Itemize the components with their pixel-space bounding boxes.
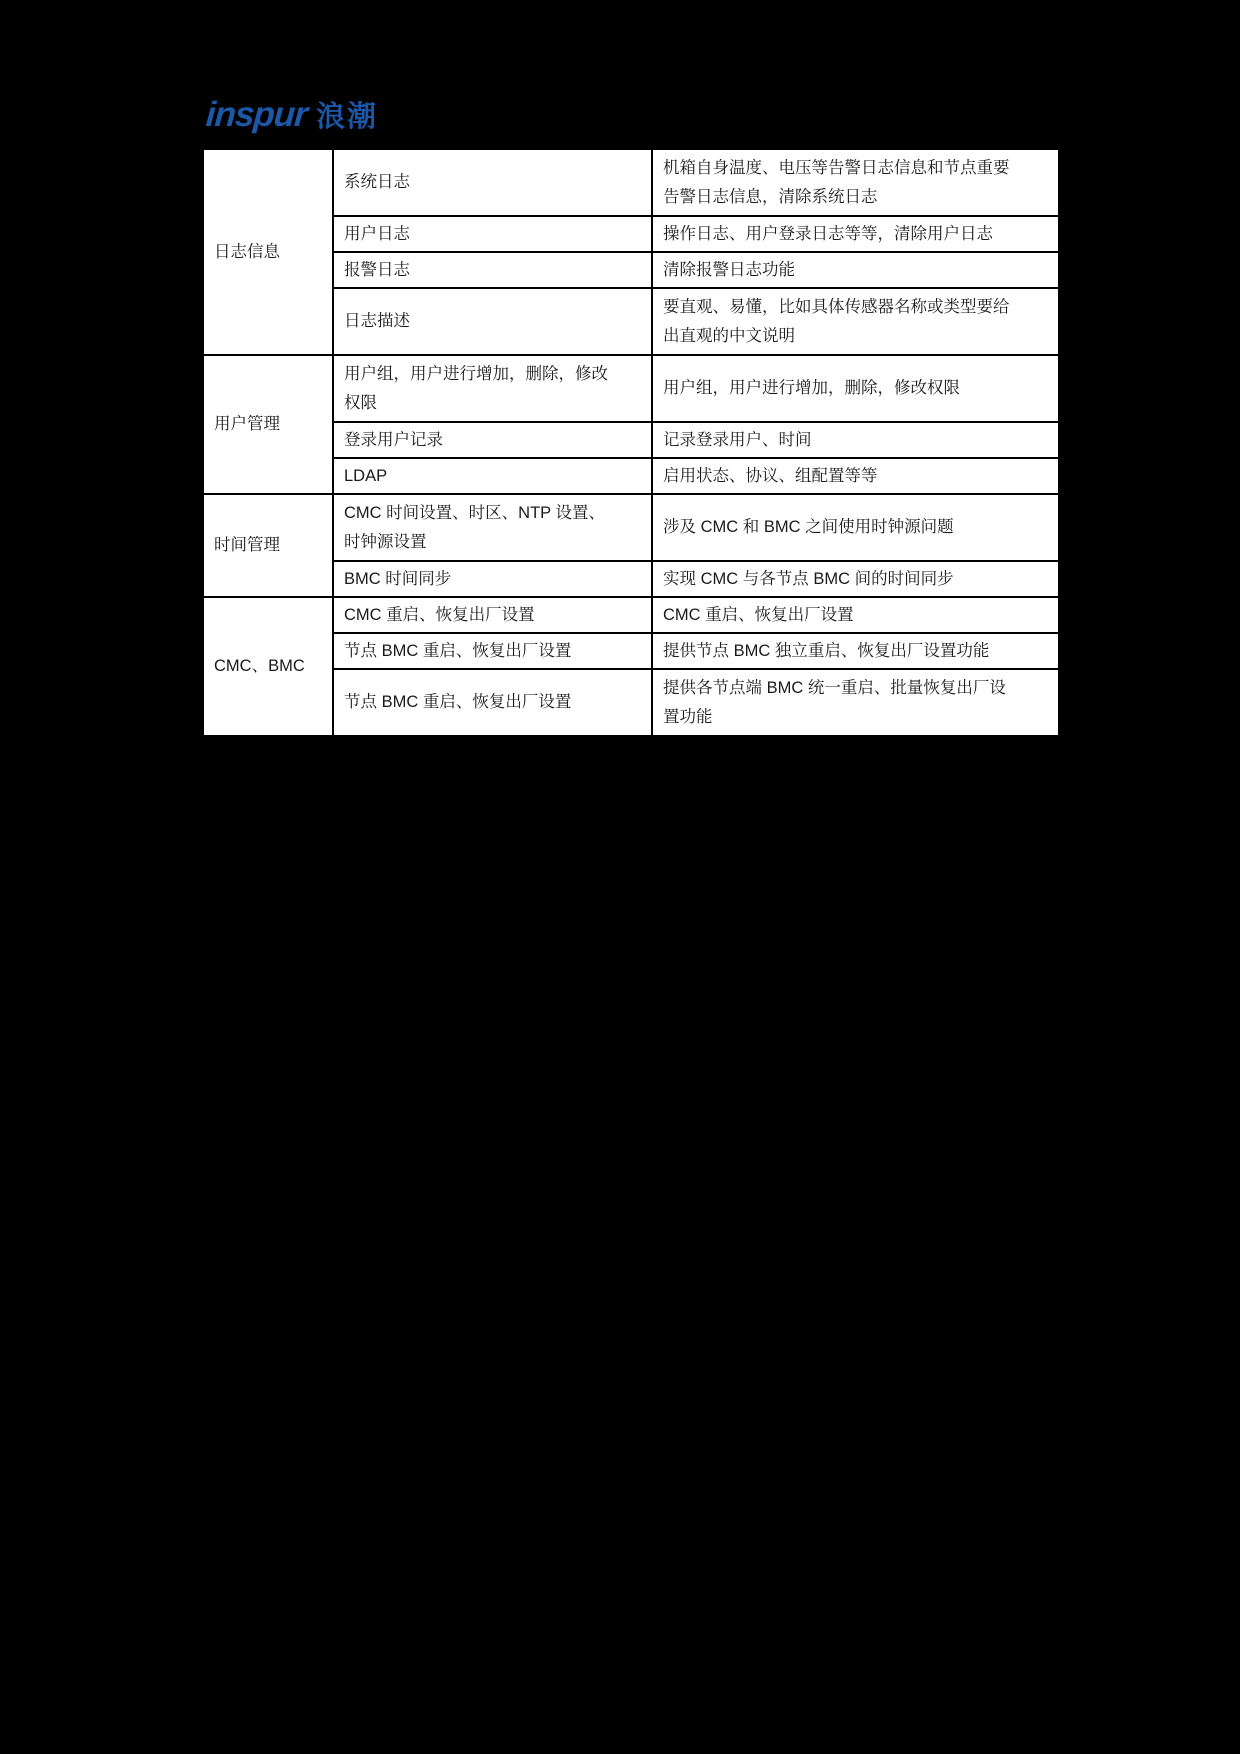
description-cell: 用户组，用户进行增加，删除，修改权限 xyxy=(652,355,1059,422)
spec-table-container: 日志信息系统日志机箱自身温度、电压等告警日志信息和节点重要 告警日志信息，清除系… xyxy=(202,148,1060,737)
feature-cell: 节点 BMC 重启、恢复出厂设置 xyxy=(333,669,652,736)
section-label: CMC、BMC xyxy=(203,597,333,736)
inspur-logo-chinese: 浪潮 xyxy=(316,94,378,135)
section-label: 日志信息 xyxy=(203,149,333,355)
section-label: 用户管理 xyxy=(203,355,333,494)
description-cell: 提供节点 BMC 独立重启、恢复出厂设置功能 xyxy=(652,633,1059,669)
feature-cell: 用户组，用户进行增加，删除，修改 权限 xyxy=(333,355,652,422)
description-cell: 提供各节点端 BMC 统一重启、批量恢复出厂设 置功能 xyxy=(652,669,1059,736)
description-cell: 涉及 CMC 和 BMC 之间使用时钟源问题 xyxy=(652,494,1059,561)
description-cell: 实现 CMC 与各节点 BMC 间的时间同步 xyxy=(652,561,1059,597)
feature-cell: BMC 时间同步 xyxy=(333,561,652,597)
section-label: 时间管理 xyxy=(203,494,333,597)
description-cell: 记录登录用户、时间 xyxy=(652,422,1059,458)
table-row: 用户管理用户组，用户进行增加，删除，修改 权限用户组，用户进行增加，删除，修改权… xyxy=(203,355,1059,422)
feature-cell: 日志描述 xyxy=(333,288,652,355)
feature-cell: 系统日志 xyxy=(333,149,652,216)
feature-cell: CMC 时间设置、时区、NTP 设置、 时钟源设置 xyxy=(333,494,652,561)
feature-cell: LDAP xyxy=(333,458,652,494)
table-row: 时间管理CMC 时间设置、时区、NTP 设置、 时钟源设置涉及 CMC 和 BM… xyxy=(203,494,1059,561)
spec-table: 日志信息系统日志机箱自身温度、电压等告警日志信息和节点重要 告警日志信息，清除系… xyxy=(202,148,1060,737)
feature-cell: 用户日志 xyxy=(333,216,652,252)
table-row: 日志信息系统日志机箱自身温度、电压等告警日志信息和节点重要 告警日志信息，清除系… xyxy=(203,149,1059,216)
feature-cell: 登录用户记录 xyxy=(333,422,652,458)
feature-cell: 报警日志 xyxy=(333,252,652,288)
feature-cell: 节点 BMC 重启、恢复出厂设置 xyxy=(333,633,652,669)
description-cell: CMC 重启、恢复出厂设置 xyxy=(652,597,1059,633)
inspur-logo: inspur 浪潮 xyxy=(206,94,378,135)
description-cell: 要直观、易懂，比如具体传感器名称或类型要给 出直观的中文说明 xyxy=(652,288,1059,355)
table-row: CMC、BMCCMC 重启、恢复出厂设置CMC 重启、恢复出厂设置 xyxy=(203,597,1059,633)
description-cell: 清除报警日志功能 xyxy=(652,252,1059,288)
description-cell: 操作日志、用户登录日志等等，清除用户日志 xyxy=(652,216,1059,252)
description-cell: 启用状态、协议、组配置等等 xyxy=(652,458,1059,494)
description-cell: 机箱自身温度、电压等告警日志信息和节点重要 告警日志信息，清除系统日志 xyxy=(652,149,1059,216)
inspur-logo-wordmark: inspur xyxy=(205,95,309,135)
feature-cell: CMC 重启、恢复出厂设置 xyxy=(333,597,652,633)
document-page: inspur 浪潮 日志信息系统日志机箱自身温度、电压等告警日志信息和节点重要 … xyxy=(0,0,1240,1754)
